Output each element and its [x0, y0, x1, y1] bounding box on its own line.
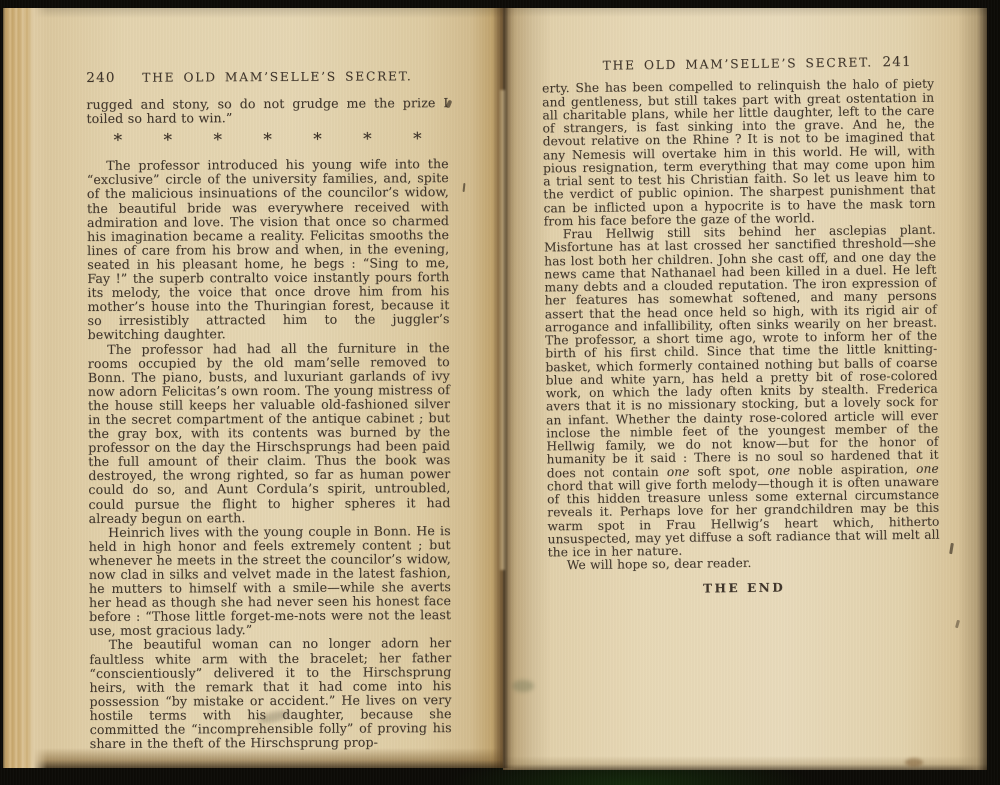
asterisk-separator: * * * * * * *: [87, 131, 449, 150]
book-photo: 240 THE OLD MAM’SELLE’S SECRET. rugged a…: [0, 0, 1000, 785]
left-page-number: 240: [86, 71, 142, 85]
italic-word: one: [916, 461, 939, 475]
left-running-header: 240 THE OLD MAM’SELLE’S SECRET.: [86, 69, 448, 85]
page-deckle-edge: [500, 90, 505, 570]
right-page-text: THE OLD MAM’SELLE’S SECRET. 241 erty. Sh…: [542, 56, 941, 597]
paragraph: erty. She has been compelled to relinqui…: [542, 78, 936, 229]
right-page-number: 241: [878, 56, 934, 70]
paragraph: The professor introduced his young wife …: [87, 157, 450, 342]
right-body-main: erty. She has been compelled to relinqui…: [542, 78, 940, 573]
italic-word: one: [667, 464, 690, 478]
left-running-title: THE OLD MAM’SELLE’S SECRET.: [142, 69, 412, 85]
paragraph: The beautiful woman can no longer adorn …: [89, 637, 452, 752]
left-body-main: The professor introduced his young wife …: [87, 157, 452, 751]
paragraph: rugged and stony, so do not grudge me th…: [86, 96, 448, 126]
italic-word: one: [767, 463, 790, 477]
paragraph: The professor had had all the furniture …: [88, 341, 451, 526]
left-body-top: rugged and stony, so do not grudge me th…: [86, 96, 448, 126]
paragraph: Frau Hellwig still sits behind her ascle…: [544, 224, 940, 560]
paragraph: Heinrich lives with the young couple in …: [89, 524, 452, 639]
left-page-text: 240 THE OLD MAM’SELLE’S SECRET. rugged a…: [86, 69, 452, 751]
paragraph: We will hope so, dear reader.: [548, 555, 940, 573]
header-spacer: [542, 70, 598, 71]
right-running-title: THE OLD MAM’SELLE’S SECRET.: [598, 56, 878, 73]
